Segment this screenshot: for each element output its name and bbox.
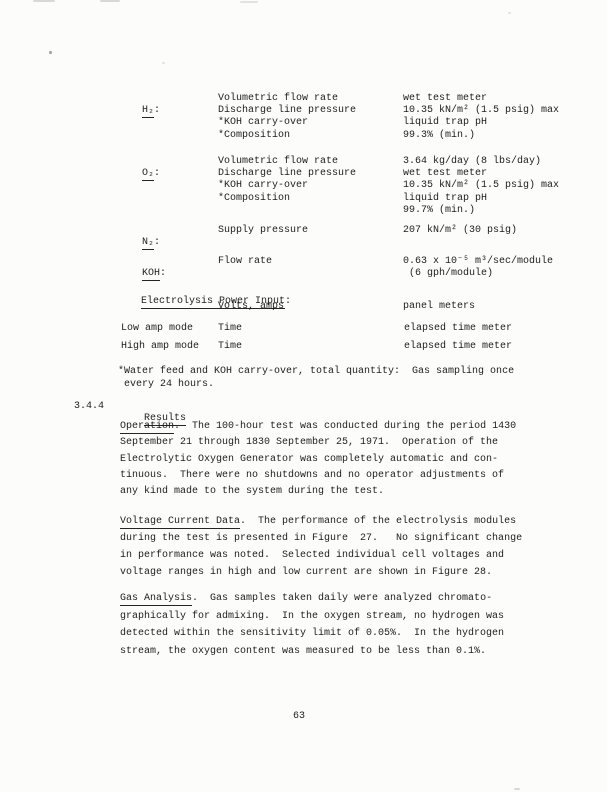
paragraph-gas-analysis: Gas Analysis. Gas samples taken daily we…: [120, 590, 504, 660]
scan-artifact: [514, 788, 520, 790]
paragraph-line: September 21 through 1830 September 25, …: [120, 435, 516, 451]
scan-artifact: [49, 51, 52, 54]
spec-parameter: Volumetric flow rate: [218, 156, 356, 168]
power-input-heading-colon: :: [285, 296, 291, 307]
footnote: *Water feed and KOH carry-over, total qu…: [118, 365, 514, 392]
paragraph-line: Electrolytic Oxygen Generator was comple…: [120, 452, 516, 468]
paragraph-line: Operation. The 100-hour test was conduct…: [120, 419, 516, 435]
o2-parameters: Volumetric flow rate Discharge line pres…: [218, 156, 356, 205]
paragraph-line: tinuous. There were no shutdowns and no …: [120, 468, 516, 484]
power-row-parameter: Volts, amps: [218, 301, 284, 313]
footnote-line: every 24 hours.: [118, 378, 514, 391]
koh-value-continuation: (6 gph/module): [403, 268, 493, 280]
spec-parameter: *Composition: [218, 130, 356, 142]
power-row-value: panel meters: [403, 301, 475, 313]
footnote-line: *Water feed and KOH carry-over, total qu…: [118, 365, 514, 378]
spec-value: wet test meter: [403, 168, 559, 180]
paragraph-text: . The 100-hour test was conducted during…: [174, 421, 516, 432]
h2-parameters: Volumetric flow rate Discharge line pres…: [218, 93, 356, 142]
koh-label-colon: :: [160, 268, 166, 279]
document-page: H₂: Volumetric flow rate Discharge line …: [0, 0, 607, 792]
paragraph-line: any kind made to the system during the t…: [120, 484, 516, 500]
n2-parameter: Supply pressure: [218, 225, 308, 237]
koh-parameter: Flow rate: [218, 256, 272, 268]
scan-artifact: [240, 1, 258, 3]
paragraph-voltage-current-data: Voltage Current Data. The performance of…: [120, 513, 522, 581]
power-row-parameter: Time: [218, 341, 242, 353]
o2-label: O₂:: [118, 156, 160, 193]
h2-values: wet test meter 10.35 kN/m² (1.5 psig) ma…: [403, 93, 559, 142]
h2-label-colon: :: [154, 105, 160, 116]
paragraph-lead: Voltage Current Data: [120, 516, 240, 529]
spec-parameter: *Composition: [218, 193, 356, 205]
o2-label-colon: :: [154, 168, 160, 179]
scan-artifact: [100, 0, 120, 2]
spec-parameter: Volumetric flow rate: [218, 93, 356, 105]
paragraph-lead: Operation: [120, 421, 174, 434]
spec-parameter: *KOH carry-over: [218, 180, 356, 192]
o2-values: 3.64 kg/day (8 lbs/day) wet test meter 1…: [403, 156, 559, 217]
paragraph-line: graphically for admixing. In the oxygen …: [120, 608, 504, 626]
spec-value: liquid trap pH: [403, 193, 559, 205]
spec-parameter: Discharge line pressure: [218, 105, 356, 117]
o2-label-text: O₂: [142, 168, 154, 181]
n2-label-colon: :: [154, 237, 160, 248]
paragraph-line: stream, the oxygen content was measured …: [120, 643, 504, 661]
h2-label-text: H₂: [142, 105, 154, 118]
paragraph-lead: Gas Analysis: [120, 593, 192, 606]
spec-value: 99.3% (min.): [403, 130, 559, 142]
koh-label-text: KOH: [142, 268, 160, 281]
spec-value: 10.35 kN/m² (1.5 psig) max: [403, 105, 559, 117]
power-row-mode: Low amp mode: [121, 323, 193, 335]
power-row-mode: High amp mode: [121, 341, 199, 353]
n2-label-text: N₂: [142, 237, 154, 250]
spec-value: 3.64 kg/day (8 lbs/day): [403, 156, 559, 168]
scan-artifact: [508, 12, 511, 14]
section-number: 3.4.4: [74, 401, 104, 413]
spec-value: 10.35 kN/m² (1.5 psig) max: [403, 180, 559, 192]
scan-artifact: [33, 0, 55, 2]
paragraph-line: in performance was noted. Selected indiv…: [120, 547, 522, 564]
scan-artifact: [162, 62, 165, 64]
koh-value: 0.63 x 10⁻⁵ m³/sec/module: [403, 256, 553, 268]
spec-parameter: *KOH carry-over: [218, 117, 356, 129]
power-row-value: elapsed time meter: [404, 323, 512, 335]
spec-parameter: Discharge line pressure: [218, 168, 356, 180]
power-row-value: elapsed time meter: [404, 341, 512, 353]
spec-value: liquid trap pH: [403, 117, 559, 129]
spec-value: 99.7% (min.): [403, 205, 559, 217]
paragraph-line: during the test is presented in Figure 2…: [120, 530, 522, 547]
paragraph-text: . Gas samples taken daily were analyzed …: [192, 593, 492, 604]
paragraph-text: . The performance of the electrolysis mo…: [240, 516, 516, 527]
paragraph-line: detected within the sensitivity limit of…: [120, 625, 504, 643]
power-row-parameter: Time: [218, 323, 242, 335]
paragraph-operation: Operation. The 100-hour test was conduct…: [120, 419, 516, 500]
h2-label: H₂:: [118, 93, 160, 130]
paragraph-line: voltage ranges in high and low current a…: [120, 564, 522, 581]
paragraph-line: Voltage Current Data. The performance of…: [120, 513, 522, 530]
n2-value: 207 kN/m² (30 psig): [403, 225, 517, 237]
page-number: 63: [293, 711, 305, 723]
paragraph-line: Gas Analysis. Gas samples taken daily we…: [120, 590, 504, 608]
spec-value: wet test meter: [403, 93, 559, 105]
